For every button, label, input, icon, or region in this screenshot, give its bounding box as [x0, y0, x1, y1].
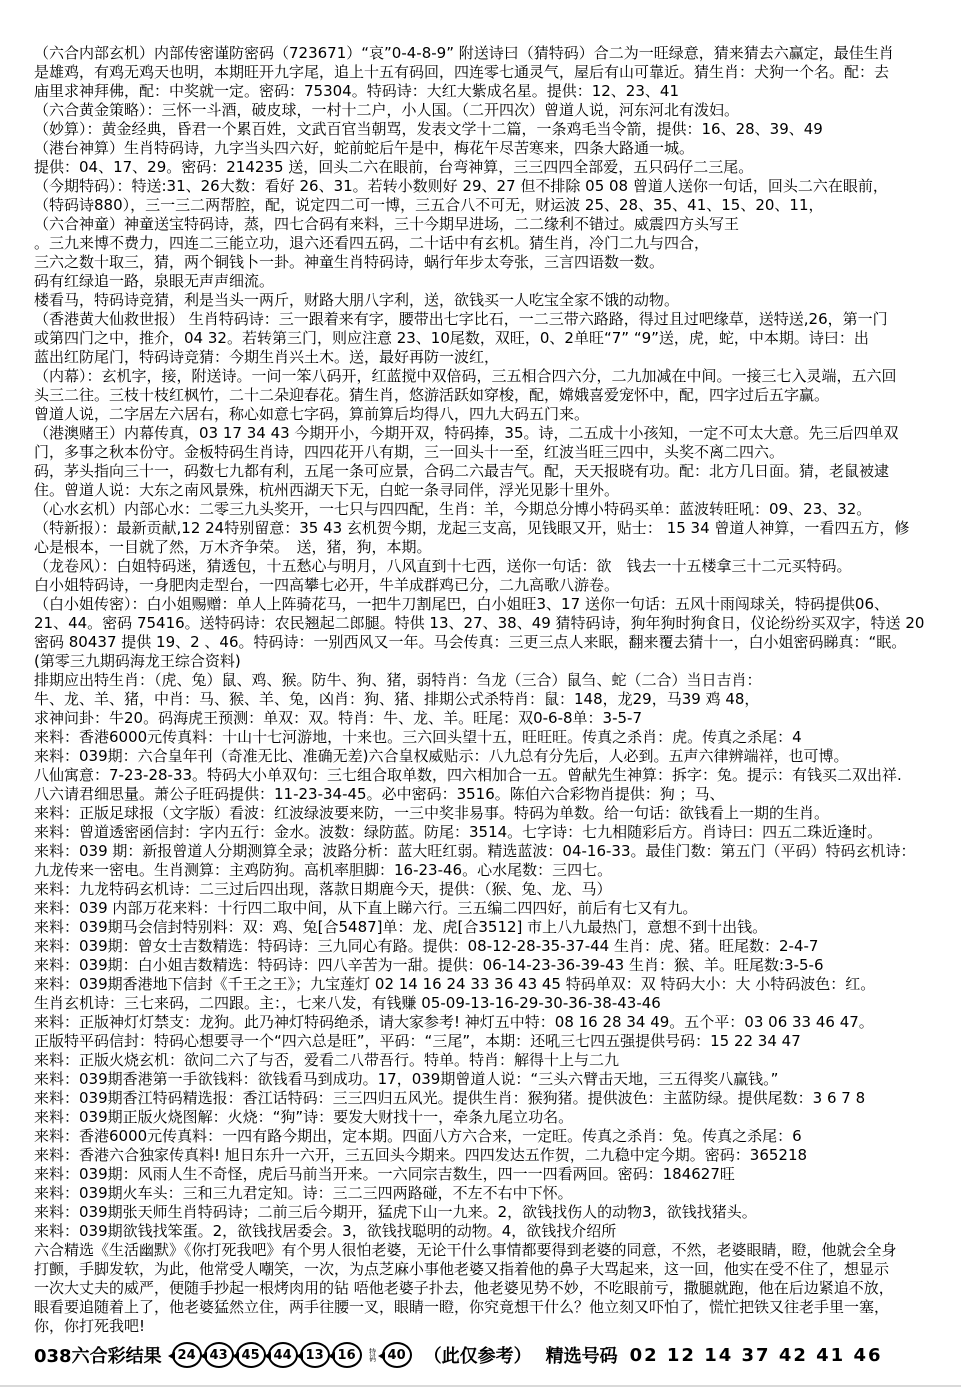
text-line: 曾道人说，二字居左六居右，称心如意七字码，算前算后均得八，四九大码五门来。 [34, 405, 953, 424]
scan-edge-artifact [0, 1385, 961, 1387]
text-line: 来料：039期正版火烧图解：火烧：“狗”诗：要发大财找十一，牵条九尾立功名。 [34, 1108, 953, 1127]
text-line: 楼看马，特码诗竞猜，利是当头一两斤，财路大朋八字利，送，欲钱买一人吃宝全家不饿的… [34, 291, 953, 310]
text-line: （六合黄金策略）：三怀一斗酒，破皮球，一村十二户，小人国。（二开四次）曾道人说，… [34, 101, 953, 120]
text-line: （心水玄机）内部心水：二零三九头奖开，一七只与四四配，生肖：羊，今期总分博小特码… [34, 500, 953, 519]
text-line: 住。曾道人说：大东之南风景殊，杭州西湖天下无，白蛇一条寻同伴，浮光见影十里外。 [34, 481, 953, 500]
text-line: （龙卷风）：白姐特码迷，猜透包，十五愁心与明月，八风直到十七西，送你一句话：欲 … [34, 557, 953, 576]
special-result-ball: 40 [382, 1342, 412, 1368]
text-line: 来料：039期火车头：三和三九君定知。诗：三二三四两路碰，不左不右中下怀。 [34, 1184, 953, 1203]
text-line: 蓝出红防尾门，特码诗竞猜：今期生肖兴土木。送，最好再防一波红， [34, 348, 953, 367]
result-ball: 13 [300, 1342, 330, 1368]
text-line: 码有红绿追一路，泉眼无声声细流。 [34, 272, 953, 291]
result-ball: 45 [236, 1342, 266, 1368]
text-line: 来料：039 期：新报曾道人分期测算全录；波路分析：蓝大旺红弱。精选蓝波：04-… [34, 842, 953, 861]
text-line: 是雄鸡，有鸡无鸡天也明，本期旺开九字尾，追上十五有码回，四连零七通灵气，屋后有山… [34, 63, 953, 82]
text-line: （六合内部玄机）内部传密谨防密码（723671）“哀”0-4-8-9” 附送诗曰… [34, 44, 953, 63]
text-line: （特新报）：最新贡献,12 24特别留意：35 43 玄机贺今期，龙起三支高，见… [34, 519, 953, 538]
text-line: 打颤，手脚发软，为此，他常受人嘲笑，一次，为点芝麻小事他老婆又指着他的鼻子大骂起… [34, 1260, 953, 1279]
text-line: （港澳赌王）内幕传真，03 17 34 43 今期开小，今期开双，特码捧，35。… [34, 424, 953, 443]
selected-numbers-label: 精选号码 [546, 1342, 618, 1368]
text-line: 来料：039期香港地下信封《千王之王》；九宝莲灯 02 14 16 24 33 … [34, 975, 953, 994]
text-line: 排期应出特生肖：（虎、兔）鼠、鸡、猴。防牛、狗、猪，弱特肖：刍龙（三合）鼠刍、蛇… [34, 671, 953, 690]
text-line: (第零三九期码海龙王综合资料) [34, 652, 953, 671]
text-line: 眼看要追随着上了，他老婆猛然立住，两手往腰一叉，眼睛一瞪，你究竟想干什么？他立刻… [34, 1298, 953, 1317]
lottery-tipsheet-page: （六合内部玄机）内部传密谨防密码（723671）“哀”0-4-8-9” 附送诗曰… [0, 0, 961, 1368]
special-number-divider: 特码 [369, 1348, 377, 1362]
text-line: 来料：039期马会信封特别料：双：鸡、兔[合5487]单：龙、虎[合3512] … [34, 918, 953, 937]
text-line: 门，多事之秋本份守。金板特码生肖诗，四四花开八有期，三一回头十一至，红波当旺三四… [34, 443, 953, 462]
selected-numbers: 02 12 14 37 42 41 46 [630, 1345, 883, 1366]
text-line: 九龙传来一密电。生肖测算：主鸡防狗。高机率胆脚：16-23-46。心水尾数：三四… [34, 861, 953, 880]
text-line: 牛、龙、羊、猪，中肖：马、猴、羊、兔，凶肖：狗、猪、排期公式杀特肖：鼠：148，… [34, 690, 953, 709]
text-line: 21、44。密码 75416。送特码诗：农民翘起二郎腿。特供 13、27、38、… [34, 614, 953, 633]
result-ball: 24 [172, 1342, 202, 1368]
text-line: 白小姐特码诗，一身肥肉走型台，一四高攀七必开，牛羊成群鸡已分，二九高歌八游卷。 [34, 576, 953, 595]
result-balls: 244345441316 [172, 1342, 364, 1368]
text-line: 求神问卦：牛20。码海虎王预测：单双：双。特肖：牛、龙、羊。旺尾：双0-6-8单… [34, 709, 953, 728]
draw-result-label: 038六合彩结果 [34, 1342, 162, 1368]
text-line: 来料：正版神灯灯禁支：龙狗。此乃神灯特码绝杀，请大家参考! 神灯五中特：08 1… [34, 1013, 953, 1032]
text-line: 来料：曾道透密函信封：字内五行：金水。波数：绿防蓝。防尾：3514。七字诗：七九… [34, 823, 953, 842]
text-line: 来料：039期香江特码精选报：香江话特码：三三四归五风光。提供生肖：猴狗猪。提供… [34, 1089, 953, 1108]
text-line: 密码 80437 提供 19、2 、46。特码诗：一别西风又一年。马会传真：三更… [34, 633, 953, 652]
text-line: 来料：九龙特码玄机诗：二三过后四出现，落款日期鹿今天，提供：（猴、兔、龙、马） [34, 880, 953, 899]
text-line: 来料：香港6000元传真料：十山十七河游地，十来也。三六回头望十五，旺旺旺。传真… [34, 728, 953, 747]
text-line: 一次大丈夫的威严，便随手抄起一根烤肉用的钻 唔他老婆子扑去，他老婆见势不妙，不吃… [34, 1279, 953, 1298]
text-line: （港台神算）生肖特码诗，九字当头四六好，蛇前蛇后午是中，梅花午尽苦寒来，四条大路… [34, 139, 953, 158]
text-line: （香港黄大仙救世报） 生肖特码诗：三一跟着来有字，腰带出七字比石，一二三带六路路… [34, 310, 953, 329]
text-line: 心是根本，一目就了然，万木齐争荣。 送，猪，狗，本期。 [34, 538, 953, 557]
text-line: 八仙寓意：7-23-28-33。特码大小单双句：三七组合取单数，四六相加合一五。… [34, 766, 953, 785]
text-line: 正版特平码信封：特码心想要寻一个“四六总是旺”，平码：“三尾”，本期：还吼三七四… [34, 1032, 953, 1051]
text-line: 来料：039期：曾女士吉数精选：特码诗：三九同心有路。提供：08-12-28-3… [34, 937, 953, 956]
text-line: 来料：正版火烧玄机：欲问二六了与否，爱看二八带吾行。特单。特肖：解得十上与二九 [34, 1051, 953, 1070]
text-line: 来料：039 内部万花来料：十行四二取中间，从下直上睇六行。三五编二四四好，前后… [34, 899, 953, 918]
result-ball: 16 [332, 1342, 362, 1368]
text-line: 提供：04、17、29。密码：214235 送，回头二六在眼前，台弯神算，三三四… [34, 158, 953, 177]
text-line: 来料：039期：六合皇年刊（奇准无比、准确无差)六合皇权威贴示：八九总有分先后，… [34, 747, 953, 766]
text-line: （白小姐传密）：白小姐赐赠：单人上阵骑花马，一把牛刀割尾巴，白小姐旺3、17 送… [34, 595, 953, 614]
text-line: （内幕）：玄机字，接，附送诗。一问一笨八码开，红蓝搅中双倍码，三五相合四六分，二… [34, 367, 953, 386]
results-footer: 038六合彩结果 244345441316 特码 40 （此仅参考） 精选号码 … [34, 1342, 953, 1368]
text-line: （六合神童）神童送宝特码诗，蒸，四七合码有来料，三十今期早进场，二二缘利不错过。… [34, 215, 953, 234]
text-line: （今期特码）：特送:31、26大数：看好 26、31。若转小数则好 29、27 … [34, 177, 953, 196]
text-line: 来料：正版足球报（文字版）看波：红波绿波要来防，一三中奖非易事。特码为单数。给一… [34, 804, 953, 823]
text-line: 八六请君细思量。萧公子旺码提供：11-23-34-45。必中密码：3516。陈伯… [34, 785, 953, 804]
text-line: （特码诗880），三一三二两帮腔，配，说定四二可一博，三五合八不可无，财运波 2… [34, 196, 953, 215]
text-line: 或第四门之中，推介，04 32。若转第三门，则应注意 23、10尾数，双旺，0、… [34, 329, 953, 348]
text-line: 来料：039期：白小姐吉数精选：特码诗：四八辛苦为一甜。提供：06-14-23-… [34, 956, 953, 975]
text-line: 。三九来博不费力，四连二三能立功，退六还看四五码，二十话中有玄机。猜生肖，冷门二… [34, 234, 953, 253]
text-line: 生肖玄机诗：三七来码，二四跟。主：，七来八发，有钱赚 05-09-13-16-2… [34, 994, 953, 1013]
text-line: 来料：039期香港第一手欲钱料：欲钱看马到成功。17，039期曾道人说：“三头六… [34, 1070, 953, 1089]
text-line: 来料：香港6000元传真料：一四有路今期出，定本期。四面八方六合来，一定旺。传真… [34, 1127, 953, 1146]
text-line: 来料：039期：风雨人生不奇怪，虎后马前当开来。一六同宗吉数生，四一一四看两回。… [34, 1165, 953, 1184]
result-ball: 44 [268, 1342, 298, 1368]
text-line: 码，茅头指向三十一，码数七九都有利，五尾一条可应景，合码二六最吉气。配，天天报晓… [34, 462, 953, 481]
reference-note: （此仅参考） [424, 1342, 532, 1368]
text-line: 庙里求神拜佛，配：中奖就一定。密码：75304。特码诗：大红大紫成名星。提供：1… [34, 82, 953, 101]
text-line: 来料：香港六合独家传真料! 旭日东升一六开，三五回头今期来。四四发达五作贺，二九… [34, 1146, 953, 1165]
text-line: （妙算）：黄金经典，昏君一个累百姓，文武百官当朝骂，发表文学十二篇，一条鸡毛当令… [34, 120, 953, 139]
text-line: 六合精选《生活幽默》《你打死我吧》有个男人很怕老婆，无论干什么事情都要得到老婆的… [34, 1241, 953, 1260]
text-line: 来料：039期欲钱找笨蛋。2，欲钱找居委会。3，欲钱找聪明的动物。4，欲钱找介绍… [34, 1222, 953, 1241]
text-line: 你，你打死我吧! [34, 1317, 953, 1336]
text-line: 头三二往。三枝十枝红枫竹，二十二朵迎春花。猜生肖，悠游活跃如穿梭，配，嫦娥喜爱宠… [34, 386, 953, 405]
text-line: 三六之数十取三，猜，两个铜钱卜一卦。神童生肖特码诗，蜗行年步太夸张，三言四语数一… [34, 253, 953, 272]
result-ball: 43 [204, 1342, 234, 1368]
text-line: 来料：039期张天师生肖特码诗；二前三后今期开，猛虎下山一九来。2，欲钱找伤人的… [34, 1203, 953, 1222]
